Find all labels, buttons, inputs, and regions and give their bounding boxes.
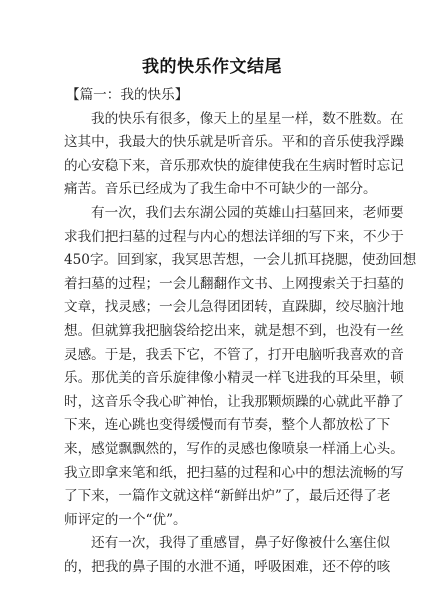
text-line: 下来，连心跳也变得缓慢而有节奏，整个人都放松了下 (64, 414, 362, 438)
section-label: 【篇一：我的快乐】 (64, 84, 362, 108)
text-line: 想。但就算我把脑袋给挖出来，就是想不到，也没有一丝 (64, 320, 362, 344)
text-line: 文章，找灵感；一会儿急得团团转，直跺脚，绞尽脑汁地 (64, 296, 362, 320)
text-line: 师评定的一个“优”。 (64, 509, 362, 533)
document-body: 【篇一：我的快乐】 我的快乐有很多，像天上的星星一样，数不胜数。在 这其中，我最… (64, 84, 362, 579)
text-line: 求我们把扫墓的过程与内心的想法详细的写下来，不少于 (64, 226, 362, 250)
text-line: 450字。回到家，我冥思苦想，一会儿抓耳挠腮，使劲回想 (64, 249, 362, 273)
text-line: 了下来，一篇作文就这样“新鲜出炉”了，最后还得了老 (64, 485, 362, 509)
text-line: 我立即拿来笔和纸，把扫墓的过程和心中的想法流畅的写 (64, 462, 362, 486)
text-line: 灵感。于是，我丢下它，不管了，打开电脑听我喜欢的音 (64, 344, 362, 368)
text-line: 时，这音乐令我心旷神怡，让我那颗烦躁的心就此平静了 (64, 391, 362, 415)
text-line: 的，把我的鼻子围的水泄不通，呼吸困难，还不停的咳 (64, 556, 362, 580)
document-title: 我的快乐作文结尾 (0, 52, 424, 77)
text-line: 着扫墓的过程；一会儿翻翻作文书、上网搜索关于扫墓的 (64, 273, 362, 297)
text-line: 乐。那优美的音乐旋律像小精灵一样飞进我的耳朵里，顿 (64, 367, 362, 391)
paragraph-2: 有一次，我们去东湖公园的英雄山扫墓回来，老师要 求我们把扫墓的过程与内心的想法详… (64, 202, 362, 532)
text-line: 还有一次，我得了重感冒，鼻子好像被什么塞住似 (64, 532, 362, 556)
paragraph-3: 还有一次，我得了重感冒，鼻子好像被什么塞住似 的，把我的鼻子围的水泄不通，呼吸困… (64, 532, 362, 579)
text-line: 来，感觉飘飘然的，写作的灵感也像喷泉一样涌上心头。 (64, 438, 362, 462)
text-line: 我的快乐有很多，像天上的星星一样，数不胜数。在 (64, 108, 362, 132)
document-page: 我的快乐作文结尾 【篇一：我的快乐】 我的快乐有很多，像天上的星星一样，数不胜数… (0, 0, 424, 600)
text-line: 这其中，我最大的快乐就是听音乐。平和的音乐使我浮躁 (64, 131, 362, 155)
text-line: 的心安稳下来，音乐那欢快的旋律使我在生病时暂时忘记 (64, 155, 362, 179)
text-line: 有一次，我们去东湖公园的英雄山扫墓回来，老师要 (64, 202, 362, 226)
paragraph-1: 我的快乐有很多，像天上的星星一样，数不胜数。在 这其中，我最大的快乐就是听音乐。… (64, 108, 362, 202)
text-line: 痛苦。音乐已经成为了我生命中不可缺少的一部分。 (64, 178, 362, 202)
